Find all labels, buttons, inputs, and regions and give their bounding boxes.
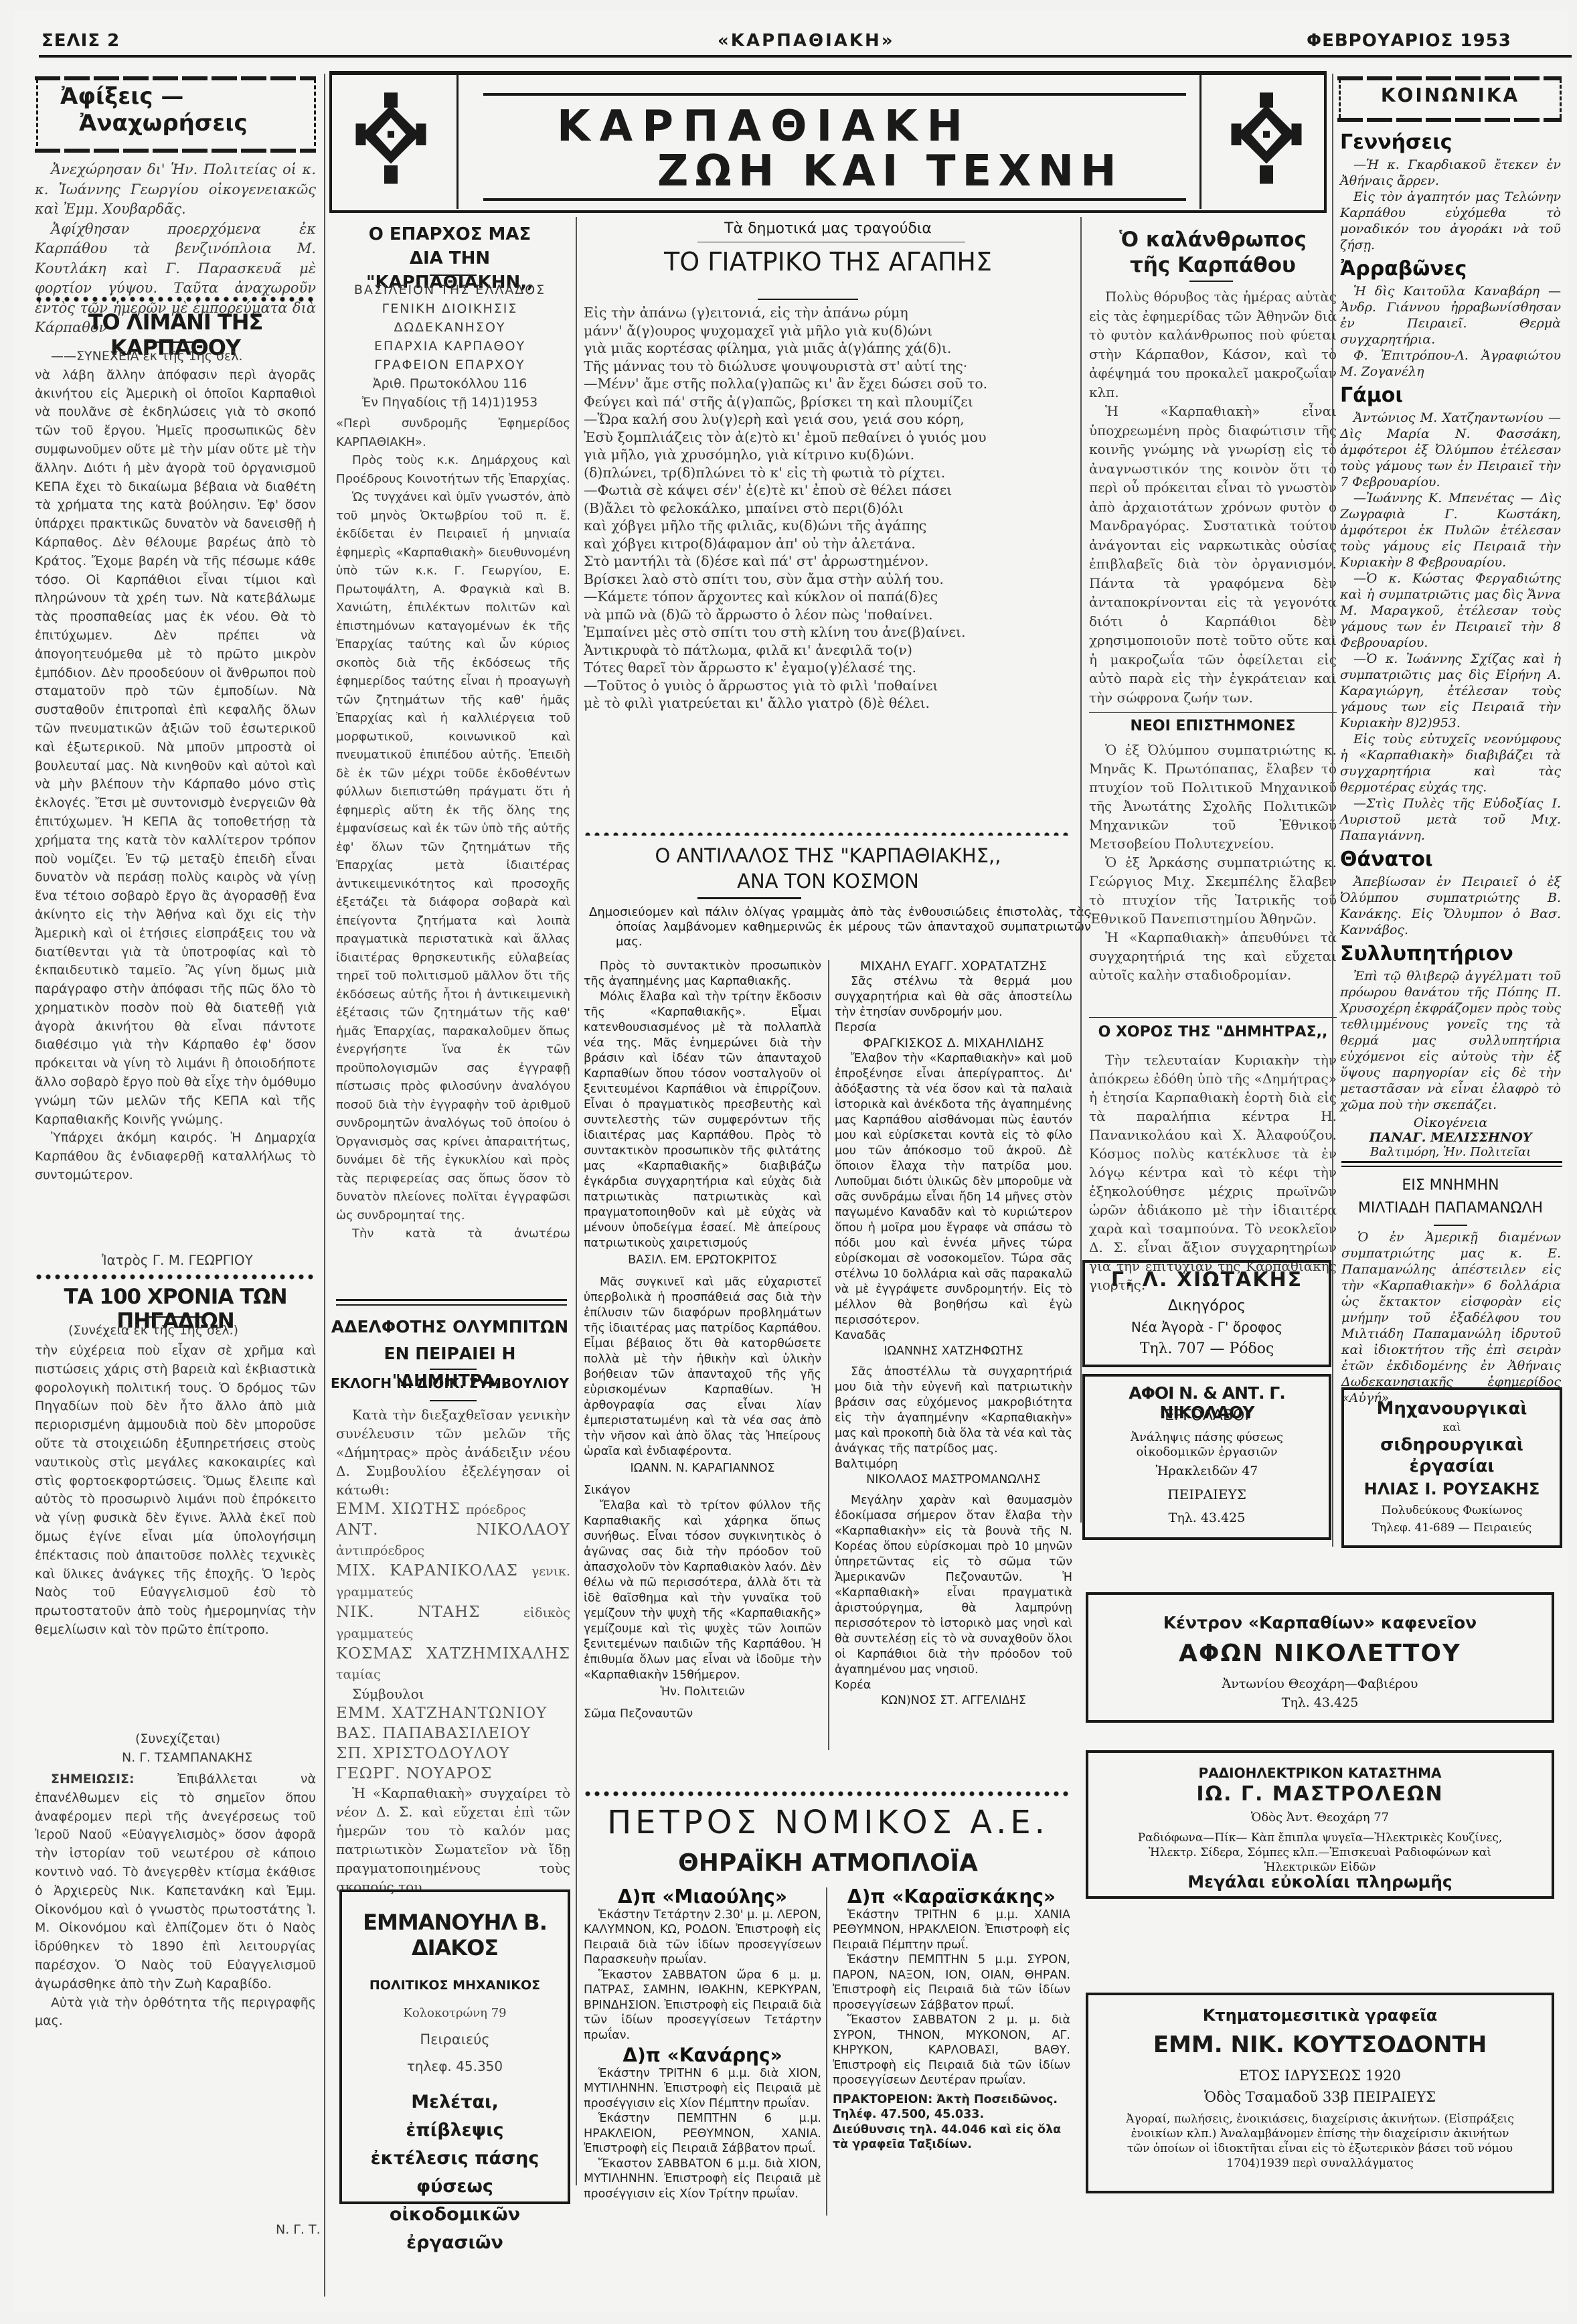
song-verse: Βρίσκει λαὸ στὸ σπίτι του, σὺν ἄμα στὴν … (584, 570, 1072, 589)
ship-name: Δ)π «Καραϊσκάκης» (833, 1889, 1070, 1905)
letter-text: Σᾶς ἀποστέλλω τὰ συγχαρητήριά μου διὰ τὴ… (835, 1365, 1072, 1457)
song-verse: μάνν' ἄ(γ)ουρος ψυχομαχεῖ γιὰ μῆλο γιὰ κ… (584, 322, 1072, 340)
ad-koutsodonti-name: ΕΜΜ. ΝΙΚ. ΚΟΥΤΣΟΔΟΝΤΗ (1086, 2031, 1554, 2058)
harbor-body: ——ΣΥΝΕΧΕΙΑ ἐκ τῆς 1ης σελ. νὰ λάβη ἄλλην… (35, 347, 316, 1251)
letter-text: Πρὸς τὸ συντακτικὸν προσωπικὸν τῆς ἀγαπη… (584, 959, 821, 990)
song-verse: —Μένν' ἄμε στῆς πολλα(γ)απῶς κι' ἂν ἔχει… (584, 375, 1072, 393)
social-item: Ἡ δὶς Καιτοῦλα Καναβάρη — Ἀνδρ. Γιάννου … (1340, 283, 1561, 347)
graduates-title: ΝΕΟΙ ΕΠΙΣΤΗΜΟΝΕΣ (1086, 718, 1340, 734)
notes-text: Ἐπιβάλλεται νὰ ἐπανέλθωμεν εἰς τὸ σημεῖο… (35, 1772, 316, 1991)
letter-name: ΒΑΣΙΛ. ΕΜ. ΕΡΩΤΟΚΡΙΤΟΣ (584, 1253, 821, 1268)
continued-note: (Συνεχίζεται) (135, 1731, 220, 1746)
song-title: ΤΟ ΓΙΑΤΡΙΚΟ ΤΗΣ ΑΓΑΠΗΣ (584, 247, 1072, 277)
title-underline (758, 299, 858, 300)
member-name: ΝΙΚ. ΝΤΑΗΣ (336, 1604, 523, 1621)
double-rule (1341, 1166, 1562, 1167)
song-verse: καὶ χόβγει μῆλο τῆς φιλιᾶς, κυ(δ)ώνι τῆς… (584, 517, 1072, 535)
song-verse: —Τοῦτος ὁ γυιὸς ὁ ἄρρωστος γιὰ τὸ φιλὶ '… (584, 677, 1072, 695)
social-item: Ἀντώνιος Μ. Χατζηαντωνίου — Δὶς Μαρία Ν.… (1340, 410, 1561, 490)
title-underline (430, 1400, 477, 1401)
letter-name: ΝΙΚΟΛΑΟΣ ΜΑΣΤΡΟΜΑΝΩΛΗΣ (835, 1472, 1072, 1488)
notes-tail: Αὐτὰ γιὰ τὴν ὀρθότητα τῆς περιγραφῆς μας… (35, 1994, 316, 2031)
letterhead-line: Ἐν Πηγαδίοις τῇ 14)1)1953 (329, 393, 570, 412)
harbor-closing: Ὑπάρχει ἀκόμη καιρός. Ἡ Δημαρχία Καρπάθο… (35, 1129, 316, 1184)
song-verse: Στὸ μαντήλι τὰ (δ)έσε καὶ πά' στ' ἀρρωστ… (584, 552, 1072, 570)
member-role: πρόεδρος (466, 1502, 526, 1517)
ad-chiotakis-profession: Δικηγόρος (1082, 1298, 1331, 1314)
social-item: Ἀπεβίωσαν ἐν Πειραιεῖ ὁ ἐξ Ὀλύμπου συμπα… (1340, 874, 1561, 938)
newspaper-page: ΣΕΛΙΣ 2 «ΚΑΡΠΑΘΙΑΚΗ» ΦΕΒΡΟΥΑΡΙΟΣ 1953 ΚΑ… (15, 9, 1568, 2313)
graduates-body: Ὁ ἐξ Ὀλύμπου συμπατριώτης κ. Μηνᾶς Κ. Πρ… (1089, 741, 1337, 984)
banner-divider (456, 75, 459, 209)
column-divider (828, 960, 829, 1750)
title-underline (1434, 1225, 1467, 1226)
letter-text: Ἔλαβα καὶ τὸ τρίτον φύλλον τῆς Καρπαθιακ… (584, 1498, 821, 1683)
prefect-body: «Περὶ συνδρομῆς Ἐφημερίδος ΚΑΡΠΑΘΙΑΚΗ». … (336, 414, 570, 1238)
ad-chiotakis-address: Νέα Ἀγορὰ - Γ' ὄροφος (1082, 1319, 1331, 1335)
memoriam-title: ΕΙΣ ΜΝΗΜΗΝ ΜΙΛΤΙΑΔΗ ΠΑΠΑΜΑΝΩΛΗ (1340, 1174, 1561, 1220)
social-item: Εἰς τοὺς εὐτυχεῖς νεονύμφους ἡ «Καρπαθια… (1340, 731, 1561, 795)
ship-schedule: Ἑκάστην ΤΡΙΤΗΝ 6 μ.μ. ΧΑΝΙΑ ΡΕΘΥΜΝΟΝ, ΗΡ… (833, 1908, 1070, 1953)
ad-nikolaou-address: Ἡρακλειδῶν 47 (1082, 1464, 1331, 1478)
ship-schedules-left: Δ)π «Μιαούλης»Ἑκάστην Τετάρτην 2.30' μ. … (584, 1884, 821, 2201)
brotherhood-subtitle: ΕΚΛΟΓΗ Ν. ΔΙΟΙΚ. ΣΥΜΒΟΥΛΙΟΥ (329, 1375, 570, 1391)
song-verse: —Φωτιὰ σὲ κάψει σέν' ἐ(ε)τὲ κι' ἐποὺ σὲ … (584, 481, 1072, 499)
dance-paragraph: Τὴν τελευταίαν Κυριακὴν τὴν ἀπόκρεω ἐδόθ… (1089, 1051, 1337, 1294)
social-item: —Ἰωάννης Κ. Μπενέτας — Δὶς Ζωγραφιὰ Γ. Κ… (1340, 490, 1561, 570)
letter-text: Μεγάλην χαρὰν καὶ θαυμασμὸν ἐδοκίμασα σή… (835, 1493, 1072, 1678)
graduates-paragraph: Ὁ ἐξ Ἀρκάσης συμπατριώτης κ. Γεώργιος Μι… (1089, 853, 1337, 928)
folk-ornament-icon (1220, 88, 1313, 189)
kalanthropos-title: Ὁ καλάνθρωπος τῆς Καρπάθου (1086, 227, 1340, 278)
frame-rule (1337, 118, 1562, 122)
ad-mastroleon-name: ΙΩ. Γ. ΜΑΣΤΡΟΛΕΩΝ (1086, 1782, 1554, 1806)
song-verse: νὰ μπῶ νὰ (δ)ῶ τὸ ἄρρωστο ὁ λέον πὼς 'πο… (584, 606, 1072, 624)
ad-rousakis-name: ΗΛΙΑΣ Ι. ΡΟΥΣΑΚΗΣ (1341, 1480, 1562, 1498)
ad-mastroleon-address: Ὁδὸς Ἀντ. Θεοχάρη 77 (1086, 1810, 1554, 1825)
sign-label: Οἰκογένεια (1340, 1115, 1561, 1130)
brotherhood-intro: Κατὰ τὴν διεξαχθεῖσαν γενικὴν συνέλευσιν… (336, 1405, 570, 1499)
social-item: Εἰς τὸν ἀγαπητόν μας Τελώνην Καρπάθου εὐ… (1340, 189, 1561, 253)
ad-rousakis-line1: Μηχανουργικαὶ (1341, 1399, 1562, 1419)
kalanthropos-title-1: Ὁ καλάνθρωπος (1086, 227, 1340, 252)
section-divider (35, 1273, 316, 1280)
sign-name: ΠΑΝΑΓ. ΜΕΛΙΣΣΗΝΟΥ (1340, 1130, 1561, 1145)
letter-name: ΙΩΑΝΝ. Ν. ΚΑΡΑΓΙΑΝΝΟΣ (584, 1461, 821, 1476)
graduates-paragraph: Ὁ ἐξ Ὀλύμπου συμπατριώτης κ. Μηνᾶς Κ. Πρ… (1089, 741, 1337, 853)
agency-info: ΠΡΑΚΤΟΡΕΙΟΝ: Ἀκτὴ Ποσειδῶνος. Τηλέφ. 47.… (833, 2092, 1070, 2122)
song-verse: Τῆς μάννας του τὸ διώλυσε ψουψουριστὰ στ… (584, 358, 1072, 376)
ship-name: Δ)π «Μιαούλης» (584, 1889, 821, 1905)
folk-ornament-icon (344, 88, 438, 189)
social-item: Φ. Ἐπιτρόπου-Λ. Ἀγραφιώτου Μ. Ζογανέλη (1340, 347, 1561, 380)
ad-diakos-phone: τηλεφ. 45.350 (339, 2058, 570, 2074)
letter-text: Μᾶς συγκινεῖ καὶ μᾶς εὐχαριστεῖ ὑπερβολι… (584, 1275, 821, 1460)
wells-body: τὴν εὐχέρεια ποὺ εἶχαν σὲ χρῆμα καὶ πιστ… (35, 1342, 316, 1730)
ad-nikolaou-city: ΠΕΙΡΑΙΕΥΣ (1082, 1486, 1331, 1502)
echo-title-2: ΑΝΑ ΤΟΝ ΚΟΣΜΟΝ (584, 868, 1072, 894)
dance-title: Ο ΧΟΡΟΣ ΤΗΣ "ΔΗΜΗΤΡΑΣ,, (1086, 1024, 1340, 1040)
letterhead-line: ΕΠΑΡΧΙΑ ΚΑΡΠΑΘΟΥ (329, 337, 570, 356)
column-divider (576, 217, 577, 2185)
social-title: ΚΟΙΝΩΝΙΚΑ (1339, 84, 1562, 106)
letter-name: ΙΩΑΝΝΗΣ ΧΑΤΖΗΦΩΤΗΣ (835, 1344, 1072, 1359)
ad-nikolaou-profession: ΕΡΓΟΛΑΒΟΙ (1082, 1407, 1331, 1424)
title-underline (430, 275, 477, 276)
letter-name: Ἡν. Πολιτειῶν (584, 1685, 821, 1700)
ad-rousakis-line2: καὶ (1341, 1421, 1562, 1434)
dance-body: Τὴν τελευταίαν Κυριακὴν τὴν ἀπόκρεω ἐδόθ… (1089, 1051, 1337, 1294)
board-member: ΜΙΧ. ΚΑΡΑΝΙΚΟΛΑΣ γενικ. γραμματεύς (336, 1561, 570, 1602)
ad-mastroleon-slogan: Μεγάλαι εὐκολίαι πληρωμῆς (1086, 1872, 1554, 1891)
frame-rule (35, 149, 316, 153)
column-divider (324, 74, 325, 2297)
banner-title-line2: ΖΩΗ ΚΑΙ ΤΕΧΝΗ (657, 147, 1123, 196)
social-item: —Ὁ κ. Ἰωάννης Σχίζας καὶ ἡ συμπατριῶτις … (1340, 651, 1561, 731)
letter-place: Περσία (835, 1020, 1072, 1036)
memoriam-paragraph: Ὁ ἐν Ἀμερικῇ διαμένων συμπατριώτης μας κ… (1341, 1229, 1561, 1406)
member-name: ΜΙΧ. ΚΑΡΑΝΙΚΟΛΑΣ (336, 1562, 531, 1579)
song-verse: μὲ τὸ φιλὶ γιατρεύεται κι' ἄλλο γιατρὸ (… (584, 694, 1072, 712)
board-member: ΚΟΣΜΑΣ ΧΑΤΖΗΜΙΧΑΛΗΣ ταμίας (336, 1644, 570, 1685)
letterhead-line: ΔΩΔΕΚΑΝΗΣΟΥ (329, 318, 570, 337)
letter-place: Καναδᾶς (835, 1328, 1072, 1344)
letterhead-line: ΒΑΣΙΛΕΙΟΝ ΤΗΣ ΕΛΛΑΔΟΣ (329, 281, 570, 299)
letter-place: Βαλτιμόρη (835, 1457, 1072, 1472)
wells-notes: ΣΗΜΕΙΩΣΙΣ: Ἐπιβάλλεται νὰ ἐπανέλθωμεν εἰ… (35, 1770, 316, 2212)
ad-koutsodonti-address: Ὁδὸς Τσαμαδοῦ 33β ΠΕΙΡΑΙΕΥΣ (1086, 2089, 1554, 2105)
letter-text: Σᾶς στέλνω τὰ θερμά μου συγχαρητήρια καὶ… (835, 974, 1072, 1020)
page-number: ΣΕΛΙΣ 2 (41, 31, 120, 51)
echo-intro: Δημοσιεύομεν καὶ πάλιν ὀλίγας γραμμὰς ἀπ… (589, 905, 1091, 949)
ad-diakos-name: ΕΜΜΑΝΟΥΗΛ Β. ΔΙΑΚΟΣ (339, 1910, 570, 1960)
ad-nikolaou-services: Ἀνάληψις πάσης φύσεως οἰκοδομικῶν ἐργασι… (1099, 1430, 1315, 1460)
ship-schedule: Ἑκάστην ΤΡΙΤΗΝ 6 μ.μ. διὰ ΧΙΟΝ, ΜΥΤΙΛΗΝΗ… (584, 2066, 821, 2112)
song-verse: —Ὥρα καλή σου λυ(γ)ερὴ καὶ γειά σου, γει… (584, 410, 1072, 429)
prefect-closing: Τὴν κατὰ τὰ ἀνωτέρω ληφθησομένην ἀπόφασι… (336, 1225, 570, 1238)
ad-rousakis-line3-text: σιδηρουργικαὶ (1341, 1434, 1562, 1456)
banner-bottom-rule (329, 210, 1327, 213)
social-item: —Ὁ κ. Κώστας Φεργαδιώτης καὶ ἡ συμπατριῶ… (1340, 570, 1561, 651)
ad-koutsodonti-line1: Κτηματομεσιτικὰ γραφεῖα (1086, 2006, 1554, 2025)
ad-mastroleon-line1: ΡΑΔΙΟΗΛΕΚΤΡΙΚΟΝ ΚΑΤΑΣΤΗΜΑ (1086, 1765, 1554, 1781)
echo-letters-right: ΜΙΧΑΗΛ ΕΥΑΓΓ. ΧΟΡΑΤΑΤΖΗΣΣᾶς στέλνω τὰ θε… (835, 959, 1072, 1776)
ad-nikolettou-name: ΑΦΩΝ ΝΙΚΟΛΕΤΤΟΥ (1086, 1640, 1554, 1667)
ad-nomikos-subtitle: ΘΗΡΑΪΚΗ ΑΤΜΟΠΛΟΪΑ (584, 1849, 1072, 1877)
masthead-rule (39, 55, 1572, 58)
song-verse: Τότες θαρεῖ τὸν ἄρρωστο κ' ἐγαμο(γ)έλασέ… (584, 659, 1072, 677)
board-advisors: ΕΜΜ. ΧΑΤΖΗΑΝΤΩΝΙΟΥΒΑΣ. ΠΑΠΑΒΑΣΙΛΕΙΟΥΣΠ. … (336, 1703, 570, 1784)
echo-title-1: Ο ΑΝΤΙΛΑΛΟΣ ΤΗΣ "ΚΑΡΠΑΘΙΑΚΗΣ,, (584, 843, 1072, 868)
wells-text: τὴν εὐχέρεια ποὺ εἶχαν σὲ χρῆμα καὶ πιστ… (35, 1342, 316, 1640)
notes-label: ΣΗΜΕΙΩΣΙΣ: (51, 1772, 135, 1786)
ad-nikolaou-phone: Τηλ. 43.425 (1082, 1510, 1331, 1525)
column-divider (826, 1887, 827, 2216)
kalanthropos-paragraph: Πολὺς θόρυβος τὰς ἡμέρας αὐτὰς εἰς τὰς ἐ… (1089, 287, 1337, 402)
member-role: ταμίας (336, 1667, 381, 1682)
song-verse: γιὰ μιᾶς κορτέσας φίλημα, γιὰ μιᾶς ἀ(γ)ά… (584, 339, 1072, 358)
ad-nomikos-title: ΠΕΤΡΟΣ ΝΟΜΙΚΟΣ Α.Ε. (584, 1804, 1072, 1841)
wells-lead: (Συνέχεια ἐκ τῆς 1ης σελ.) (68, 1323, 238, 1338)
ad-diakos-services: Μελέται, ἐπίβλεψις ἐκτέλεσις πάσης φύσεω… (359, 2088, 550, 2257)
section-divider (35, 296, 316, 303)
song-verse: Εἰς τὴν ἀπάνω (γ)ειτονιά, εἰς τὴν ἀπάνω … (584, 304, 1072, 322)
column-divider (1332, 74, 1333, 1547)
ad-rousakis-line4-text: ἐργασίαι (1341, 1456, 1562, 1477)
ad-koutsodonti-founded: ΕΤΟΣ ΙΔΡΥΣΕΩΣ 1920 (1086, 2068, 1554, 2084)
double-rule (336, 1304, 567, 1306)
social-heading: Ἀρραβῶνες (1340, 257, 1561, 281)
kalanthropos-paragraph: Ἡ «Καρπαθιακὴ» εἶναι ὑποχρεωμένη πρὸς δι… (1089, 402, 1337, 707)
song-verse: (Β)ἄλει τὸ φελοκάλκο, μπαίνει στὸ περι(δ… (584, 499, 1072, 518)
ad-chiotakis-phone: Τηλ. 707 — Ρόδος (1082, 1340, 1331, 1357)
title-underline (149, 1316, 202, 1318)
graduates-paragraph: Ἡ «Καρπαθιακὴ» ἀπευθύνει τὰ συγχαρητήριά… (1089, 928, 1337, 984)
member-name: ΚΟΣΜΑΣ ΧΑΤΖΗΜΙΧΑΛΗΣ (336, 1645, 570, 1662)
member-role: ἀντιπρόεδρος (336, 1543, 424, 1558)
social-heading: Συλλυπητήριον (1340, 942, 1561, 965)
song-verse: Ἀντικρυφὰ τὸ πάτλωμα, φιλᾶ κι' ἀνεφιλᾶ τ… (584, 641, 1072, 660)
echo-title: Ο ΑΝΤΙΛΑΛΟΣ ΤΗΣ "ΚΑΡΠΑΘΙΑΚΗΣ,, ΑΝΑ ΤΟΝ Κ… (584, 843, 1072, 894)
ad-diakos-city: Πειραιεύς (339, 2031, 570, 2047)
prefect-title-1: Ο ΕΠΑΡΧΟΣ ΜΑΣ (329, 222, 570, 246)
social-item: —Στὶς Πυλὲς τῆς Εὐδοξίας Ι. Λυριστοῦ μετ… (1340, 795, 1561, 844)
kalanthropos-title-2: τῆς Καρπάθου (1086, 252, 1340, 278)
double-rule (336, 1299, 567, 1301)
banner-divider (1199, 75, 1201, 209)
letter-place: Σῶμα Πεζοναυτῶν (584, 1707, 821, 1722)
harbor-signature: Ἰατρὸς Γ. Μ. ΓΕΩΡΓΙΟΥ (102, 1252, 253, 1268)
section-rule (1089, 712, 1337, 713)
arrivals-title-1: Ἀφίξεις — (60, 83, 183, 110)
memoriam-title-1: ΕΙΣ ΜΝΗΜΗΝ (1340, 1174, 1561, 1197)
title-underline (145, 341, 205, 343)
letter-name: ΦΡΑΓΚΙΣΚΟΣ Δ. ΜΙΧΑΗΛΙΔΗΣ (835, 1036, 1072, 1051)
section-divider (584, 1790, 1072, 1797)
ship-schedule: Ἕκαστον ΣΑΒΒΑΤΟΝ 6 μ.μ. διὰ ΧΙΟΝ, ΜΥΤΙΛΗ… (584, 2157, 821, 2202)
social-heading: Γάμοι (1340, 384, 1561, 407)
ship-schedule: Ἑκάστην ΠΕΜΠΤΗΝ 5 μ.μ. ΣΥΡΟΝ, ΠΑΡΟΝ, ΝΑΞ… (833, 1952, 1070, 2013)
prefect-letter-body: Ὡς τυγχάνει καὶ ὑμῖν γνωστόν, ἀπὸ τοῦ μη… (336, 488, 570, 1225)
memoriam-body: Ὁ ἐν Ἀμερικῇ διαμένων συμπατριώτης μας κ… (1341, 1229, 1561, 1406)
harbor-lead: ——ΣΥΝΕΧΕΙΑ ἐκ τῆς 1ης σελ. (35, 347, 316, 366)
prefect-addressee: Πρὸς τοὺς κ.κ. Δημάρχους καὶ Προέδρους Κ… (336, 451, 570, 488)
advisors-label: Σύμβουλοι (336, 1685, 570, 1703)
ad-rousakis-line3: σιδηρουργικαὶ ἐργασίαι (1341, 1434, 1562, 1477)
prefect-letterhead: ΒΑΣΙΛΕΙΟΝ ΤΗΣ ΕΛΛΑΔΟΣ ΓΕΝΙΚΗ ΔΙΟΙΚΗΣΙΣ Δ… (329, 281, 570, 412)
social-item: —Ἡ κ. Γκαρδιακοῦ ἔτεκεν ἐν Ἀθήναις ἄρρεν… (1340, 157, 1561, 189)
ship-name: Δ)π «Κανάρης» (584, 2048, 821, 2064)
song-verse: Ἐσὺ ξομπλιάζεις τὸν ἀ(ε)τὸ κι' ἐμοῦ πεθα… (584, 429, 1072, 447)
ship-schedule: Ἕκαστον ΣΑΒΒΑΤΟΝ ὥρα 6 μ. μ. ΠΑΤΡΑΣ, ΣΑΜ… (584, 1968, 821, 2043)
ad-nikolettou-address: Ἀντωνίου Θεοχάρη—Φαβιέρου (1086, 1677, 1554, 1691)
brotherhood-title-1: ΑΔΕΛΦΟΤΗΣ ΟΛΥΜΠΙΤΩΝ (329, 1314, 570, 1340)
letter-name: ΜΙΧΑΗΛ ΕΥΑΓΓ. ΧΟΡΑΤΑΤΖΗΣ (835, 959, 1072, 974)
banner-inner-rule (483, 198, 1186, 201)
letterhead-line: ΓΡΑΦΕΙΟΝ ΕΠΑΡΧΟΥ (329, 356, 570, 374)
song-verse: Ἐμπαίνει μὲς στὸ σπίτι του στὴ κλίνη του… (584, 623, 1072, 641)
memoriam-title-2: ΜΙΛΤΙΑΔΗ ΠΑΠΑΜΑΝΩΛΗ (1340, 1197, 1561, 1220)
ad-diakos-address: Κολοκοτρώνη 79 (339, 2006, 570, 2020)
song-verse: —Κάμετε τόπον ἄρχοντες καὶ κύκλον οἱ παπ… (584, 588, 1072, 606)
wells-signature: Ν. Γ. Τ. (276, 2222, 321, 2237)
song-verse: καὶ χόβγει κιτρο(δ)άφαμον ἀπ' οὐ τὴν ἀλε… (584, 535, 1072, 553)
song-verse: (δ)πλώνει, τρ(δ)πλώνει τὸ κ' εἰς τὴ φωτι… (584, 464, 1072, 482)
kicker-rule (697, 242, 965, 242)
prefect-subject: «Περὶ συνδρομῆς Ἐφημερίδος ΚΑΡΠΑΘΙΑΚΗ». (336, 414, 570, 451)
ad-chiotakis-name: Γ. Λ. ΧΙΩΤΑΚΗΣ (1082, 1268, 1331, 1292)
ad-nikolettou-phone: Τηλ. 43.425 (1086, 1695, 1554, 1710)
social-heading: Γεννήσεις (1340, 131, 1561, 154)
song-verse: Φεύγει καὶ πά' στῆς ἀ(γ)απῶς, βρίσκει τη… (584, 393, 1072, 411)
advisor-name: ΒΑΣ. ΠΑΠΑΒΑΣΙΛΕΙΟΥ (336, 1723, 570, 1744)
letterhead-line: ΓΕΝΙΚΗ ΔΙΟΙΚΗΣΙΣ (329, 299, 570, 318)
section-rule (1089, 1017, 1337, 1018)
double-rule (1341, 1161, 1562, 1163)
song-kicker: Τὰ δημοτικά μας τραγούδια (584, 220, 1072, 237)
title-underline (430, 1369, 477, 1370)
board-member: ΑΝΤ. ΝΙΚΟΛΑΟΥ ἀντιπρόεδρος (336, 1520, 570, 1561)
social-sections: Γεννήσεις—Ἡ κ. Γκαρδιακοῦ ἔτεκεν ἐν Ἀθήν… (1340, 127, 1561, 1159)
letter-name: ΚΩΝ)ΝΟΣ ΣΤ. ΑΓΓΕΛΙΔΗΣ (835, 1693, 1072, 1709)
letter-place: Κορέα (835, 1678, 1072, 1693)
arrivals-paragraph: Ἀνεχώρησαν δι' Ἡν. Πολιτείας οἱ κ. κ. Ἰω… (35, 160, 316, 220)
board-member: ΕΜΜ. ΧΙΩΤΗΣ πρόεδρος (336, 1499, 570, 1520)
board-members: ΕΜΜ. ΧΙΩΤΗΣ πρόεδροςΑΝΤ. ΝΙΚΟΛΑΟΥ ἀντιπρ… (336, 1499, 570, 1685)
member-name: ΕΜΜ. ΧΙΩΤΗΣ (336, 1500, 466, 1518)
letter-text: Μόλις ἔλαβα καὶ τὴν τρίτην ἔκδοσιν τῆς «… (584, 990, 821, 1251)
issue-date: ΦΕΒΡΟΥΑΡΙΟΣ 1953 (1307, 31, 1511, 51)
brotherhood-body: Κατὰ τὴν διεξαχθεῖσαν γενικὴν συνέλευσιν… (336, 1405, 570, 1896)
advisor-name: ΓΕΩΡΓ. ΝΟΥΑΡΟΣ (336, 1764, 570, 1784)
brotherhood-closing: Ἡ «Καρπαθιακὴ» συγχαίρει τὸ νέον Δ. Σ. κ… (336, 1784, 570, 1896)
paper-name: «ΚΑΡΠΑΘΙΑΚΗ» (718, 31, 895, 51)
song-verses: Εἰς τὴν ἀπάνω (γ)ειτονιά, εἰς τὴν ἀπάνω … (584, 304, 1072, 712)
ad-mastroleon-products: Ραδιόφωνα—Πίκ— Κὰπ ἔπιπλα ψυγεῖα—Ἠλεκτρι… (1123, 1831, 1517, 1875)
ship-schedules-right: Δ)π «Καραϊσκάκης»Ἑκάστην ΤΡΙΤΗΝ 6 μ.μ. Χ… (833, 1884, 1070, 2153)
ad-koutsodonti-services: Ἀγοραί, πωλήσεις, ἐνοικιάσεις, διαχείρισ… (1123, 2112, 1517, 2171)
ship-schedule: Ἕκαστον ΣΑΒΒΑΤΟΝ 2 μ. μ. διὰ ΣΥΡΟΝ, ΤΗΝΟ… (833, 2013, 1070, 2088)
kalanthropos-body: Πολὺς θόρυβος τὰς ἡμέρας αὐτὰς εἰς τὰς ἐ… (1089, 287, 1337, 707)
sign-place: Βαλτιμόρη, Ἡν. Πολιτεῖαι (1340, 1145, 1561, 1159)
advisor-name: ΕΜΜ. ΧΑΤΖΗΑΝΤΩΝΙΟΥ (336, 1703, 570, 1723)
ad-diakos-profession: ΠΟΛΙΤΙΚΟΣ ΜΗΧΑΝΙΚΟΣ (339, 1978, 570, 1993)
letter-place: Σικάγον (584, 1483, 821, 1498)
board-member: ΝΙΚ. ΝΤΑΗΣ εἰδικὸς γραμματεύς (336, 1602, 570, 1644)
ship-schedule: Ἑκάστην Τετάρτην 2.30' μ. μ. ΛΕΡΟΝ, ΚΑΛΥ… (584, 1908, 821, 1968)
harbor-text: νὰ λάβη ἄλλην ἀπόφασιν περὶ ἀγορᾶς ἀκινή… (35, 366, 316, 1130)
social-item: Ἐπὶ τῷ θλιβερῷ ἀγγέλματι τοῦ πρόωρου θαν… (1340, 968, 1561, 1113)
letterhead-line: Ἀριθ. Πρωτοκόλλου 116 (329, 374, 570, 393)
section-divider (584, 832, 1072, 836)
song-verse: γιὰ μῆλο, γιὰ χρυσόμηλο, γιὰ κίτρινο κυ(… (584, 446, 1072, 464)
banner-inner-rule (483, 93, 1186, 96)
title-underline (697, 897, 801, 899)
ad-nikolettou-line1: Κέντρον «Καρπαθίων» καφενεῖον (1086, 1613, 1554, 1632)
column-divider (1080, 217, 1082, 1523)
arrivals-title-2: Ἀναχωρήσεις (79, 110, 248, 137)
continued-signature: Ν. Γ. ΤΣΑΜΠΑΝΑΚΗΣ (122, 1750, 252, 1765)
title-underline (1189, 281, 1233, 282)
letter-text: Ἔλαβον τὴν «Καρπαθιακὴν» καὶ μοῦ ἐπροξέν… (835, 1051, 1072, 1328)
member-name: ΑΝΤ. ΝΙΚΟΛΑΟΥ (336, 1521, 570, 1539)
social-heading: Θάνατοι (1340, 848, 1561, 871)
ad-rousakis-address: Πολυδεύκους Φωκίωνος (1341, 1504, 1562, 1517)
ship-schedule: Ἑκάστην ΠΕΜΠΤΗΝ 6 μ.μ. ΗΡΑΚΛΕΙΟΝ, ΡΕΘΥΜΝ… (584, 2111, 821, 2157)
management-info: Διεύθυνσις τηλ. 44.046 καὶ εἰς ὅλα τὰ γρ… (833, 2122, 1070, 2153)
echo-letters-left: Πρὸς τὸ συντακτικὸν προσωπικὸν τῆς ἀγαπη… (584, 959, 821, 1776)
banner-title-line1: ΚΑΡΠΑΘΙΑΚΗ (557, 102, 972, 151)
advisor-name: ΣΠ. ΧΡΙΣΤΟΔΟΥΛΟΥ (336, 1744, 570, 1764)
ad-rousakis-phone: Τηλεφ. 41-689 — Πειραιεύς (1341, 1521, 1562, 1535)
